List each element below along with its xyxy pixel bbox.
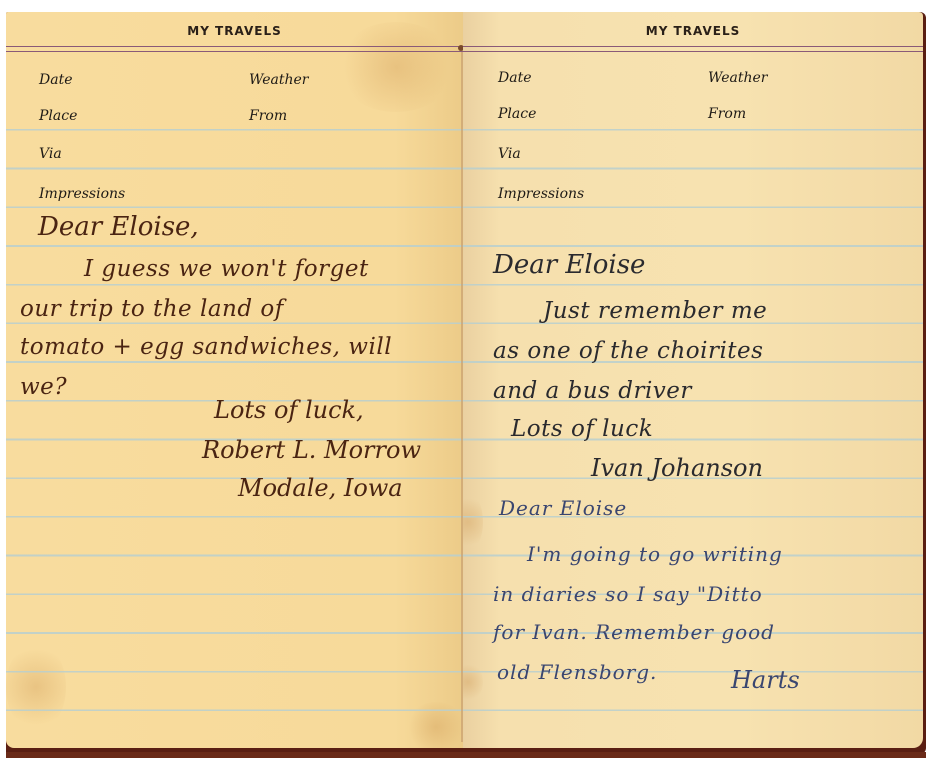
cover-edge xyxy=(6,752,926,758)
field-label-impressions: Impressions xyxy=(39,186,125,202)
header-rule xyxy=(6,46,463,52)
field-label-place: Place xyxy=(39,108,77,124)
field-label-impressions: Impressions xyxy=(498,186,584,202)
message-line: tomato + egg sandwiches, will xyxy=(20,334,392,360)
message-line: our trip to the land of xyxy=(20,296,284,322)
field-label-from: From xyxy=(249,108,287,124)
signature: Harts xyxy=(731,666,800,694)
field-label-weather: Weather xyxy=(708,70,768,86)
field-label-date: Date xyxy=(39,72,72,88)
left-page: MY TRAVELS Date Weather Place From Via I… xyxy=(6,12,463,748)
field-label-from: From xyxy=(708,106,746,122)
field-label-place: Place xyxy=(498,106,536,122)
page-header: MY TRAVELS xyxy=(6,24,463,38)
field-label-weather: Weather xyxy=(249,72,309,88)
signature-location: Modale, Iowa xyxy=(238,474,403,502)
message-line: I guess we won't forget xyxy=(84,256,369,282)
field-label-date: Date xyxy=(498,70,531,86)
greeting: Dear Eloise xyxy=(493,250,645,280)
signature: Robert L. Morrow xyxy=(202,436,421,464)
greeting: Dear Eloise, xyxy=(38,212,199,242)
signature: Ivan Johanson xyxy=(591,454,763,482)
closing: Lots of luck, xyxy=(214,396,364,424)
message-line: as one of the choirites xyxy=(493,338,763,364)
message-line: old Flensborg. xyxy=(497,660,657,684)
message-line: I'm going to go writing xyxy=(527,542,783,566)
message-line: and a bus driver xyxy=(493,378,692,404)
diary-book: MY TRAVELS Date Weather Place From Via I… xyxy=(6,12,926,754)
message-line: we? xyxy=(20,374,67,400)
message-line: for Ivan. Remember good xyxy=(493,620,775,644)
message-line: in diaries so I say "Ditto xyxy=(493,582,763,606)
field-label-via: Via xyxy=(39,146,62,162)
header-rule xyxy=(463,46,923,52)
closing: Lots of luck xyxy=(511,416,653,442)
message-line: Just remember me xyxy=(543,298,767,324)
right-page: MY TRAVELS Date Weather Place From Via I… xyxy=(463,12,923,748)
field-label-via: Via xyxy=(498,146,521,162)
greeting: Dear Eloise xyxy=(499,496,627,520)
page-header: MY TRAVELS xyxy=(463,24,923,38)
